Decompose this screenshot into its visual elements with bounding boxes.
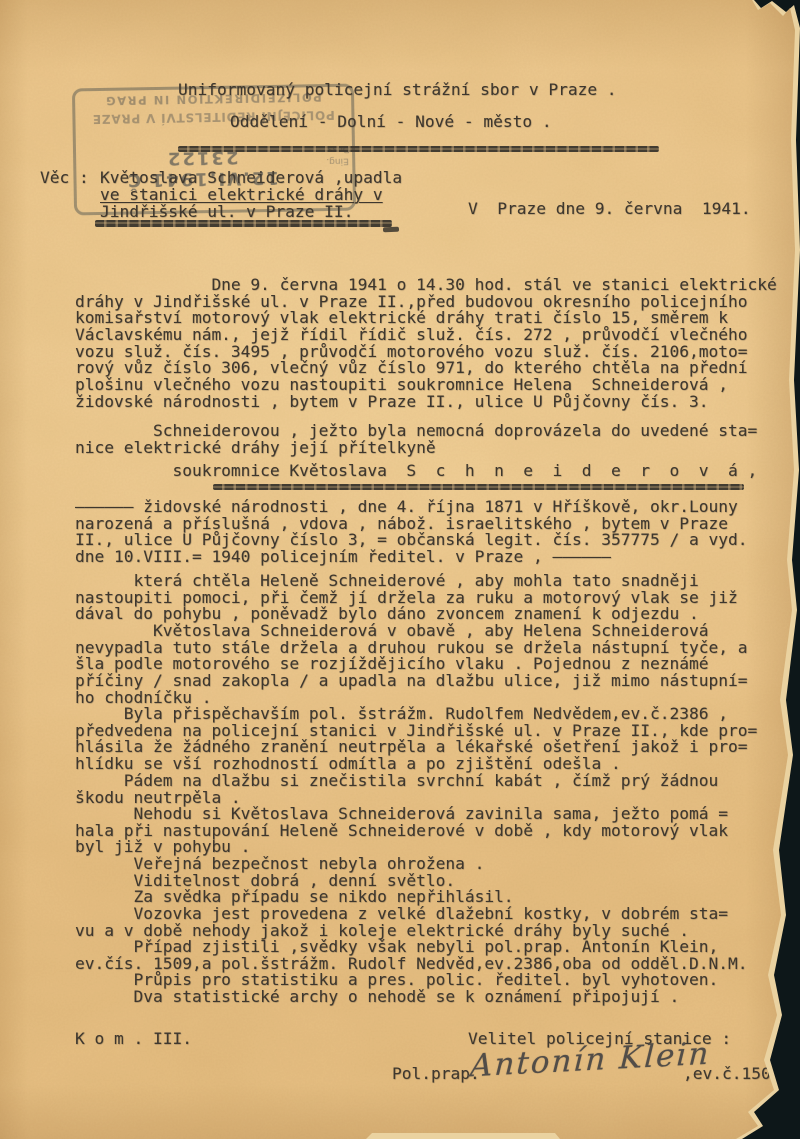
body-paragraph-9: Veřejná bezpečnost nebyla ohrožena . Vid… (75, 856, 514, 906)
evidence-number: ,ev.č.1509 (683, 1066, 780, 1083)
letterhead-line1: Uniformovaný policejní strážní sbor v Pr… (178, 82, 617, 99)
body-paragraph-5: Květoslava Schneiderová v obavě , aby He… (75, 623, 747, 706)
place-date-line: V Praze dne 9. června 1941. (468, 201, 751, 218)
document-paper: POLIZEIDIREKTION IN PRAG POLICEJNÍ ŘEDIT… (0, 0, 800, 1139)
stray-ink-mark (383, 227, 399, 233)
body-paragraph-2: Schneiderovou , ježto byla nemocná dopro… (75, 423, 757, 456)
kom-reference: K o m . III. (75, 1031, 192, 1048)
body-paragraph-8: Nehodu si Květoslava Schneiderová zavini… (75, 806, 728, 856)
body-paragraph-10: Vozovka jest provedena z velké dlažební … (75, 906, 728, 939)
rank-abbreviation: Pol.prap. (392, 1066, 480, 1083)
letterhead-line2: Oddělení - Dolní - Nové - město . (230, 114, 552, 131)
body-paragraph-6: Byla přispěchavším pol. šstrážm. Rudolfe… (75, 706, 757, 773)
body-paragraph-7: Pádem na dlažbu si znečistila svrchní ka… (75, 773, 718, 806)
scanned-document-page: POLIZEIDIREKTION IN PRAG POLICEJNÍ ŘEDIT… (0, 0, 800, 1139)
subject-underline-bar (95, 220, 392, 227)
body-paragraph-3: —————— židovské národnosti , dne 4. říjn… (75, 499, 747, 566)
soukromnice-name-line: soukromnice Květoslava S c h n e i d e r… (75, 463, 757, 480)
body-paragraph-1: Dne 9. června 1941 o 14.30 hod. stál ve … (75, 277, 777, 410)
subject-line3: Jindřišské ul. v Praze II. (100, 204, 353, 221)
body-paragraph-11: Případ zjistili ,svědky však nebyli pol.… (75, 939, 747, 972)
body-paragraph-4: která chtěla Heleně Schneiderové , aby m… (75, 573, 738, 623)
name-underline-bar (213, 484, 744, 490)
stamp-eing-label: Eing. (325, 155, 350, 167)
subject-label: Věc : (40, 170, 89, 187)
body-paragraph-12: Průpis pro statistiku a pres. polic. řed… (75, 972, 718, 1005)
letterhead-underline-bar (178, 146, 659, 152)
